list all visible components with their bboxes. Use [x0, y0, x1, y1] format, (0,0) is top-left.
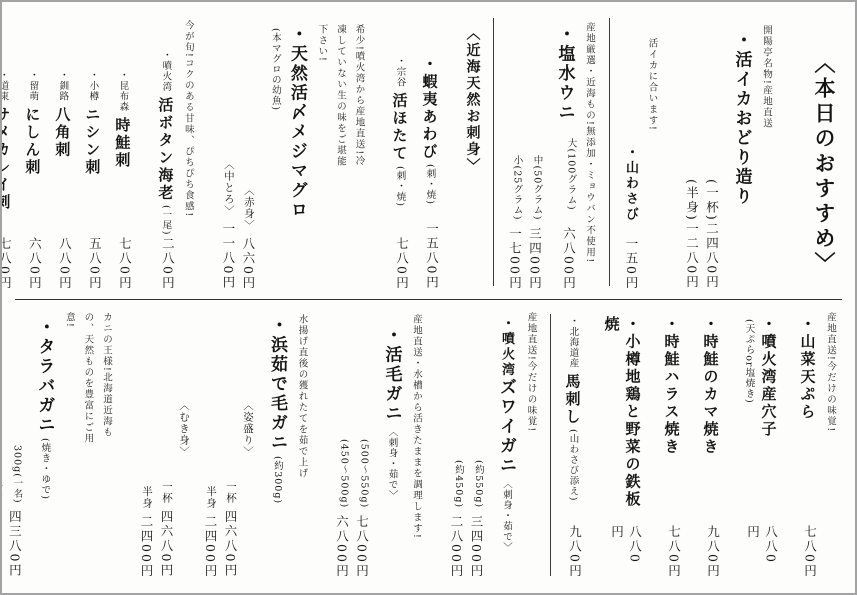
item-text: ・小樽ニシン刺	[82, 70, 103, 177]
item-text: ・宗谷活ほたて(刺・焼)	[389, 56, 410, 206]
cut-label: 〈中とろ〉	[219, 159, 237, 217]
section-header: 〈近海天然お刺身〉	[462, 26, 482, 175]
cut-label: 〈赤身〉	[239, 185, 257, 231]
uni-main-column: ・塩水ウニ 大(100グラム) 六八00円	[552, 12, 577, 294]
sashimi-item-column: ・小樽ニシン刺 五八0円	[82, 12, 103, 294]
taraba-price2-column: 500g(二名) 七二八0円	[0, 308, 3, 584]
item-price: 六八00円	[332, 515, 350, 578]
item-price: (半身)一二八0円	[682, 179, 700, 290]
meji-note: 希少!噴火湾から産地直送!冷凍していない生の味をご堪能下さい!	[312, 12, 368, 167]
wasabi-note: 活イカに合います!	[642, 12, 661, 294]
item-name: ニシン刺	[83, 107, 101, 177]
kama-column: ・時鮭のカマ焼き 九八0円	[700, 308, 721, 584]
item-origin: ・北海道産	[565, 316, 579, 374]
basashi-column: ・北海道産馬刺し(山わさび添え) 九八0円	[562, 308, 583, 584]
size-label: 500g(二名)	[0, 445, 3, 504]
uni-small-column: 小(25グラム) 一七00円	[505, 12, 523, 294]
item-price: 七八0円	[797, 525, 818, 578]
style-label: 〈むき身〉	[177, 400, 192, 458]
item-name: ・小樽地鶏と野菜の鉄板焼	[601, 316, 643, 525]
item-text: ・釧路八角刺	[52, 70, 73, 159]
item-price: 六八00円	[552, 227, 577, 290]
ika-note: 開陽亭名物!産地直送	[756, 12, 775, 294]
unit-label: 一杯	[221, 481, 239, 504]
item-text: ・活毛ガニ〈刺身・茹で〉	[379, 326, 404, 500]
item-price: 九八0円	[562, 525, 583, 578]
item-name: ・蝦夷あわび	[420, 56, 438, 161]
zuwai-name-column: ・噴火湾ズワイガニ〈刺身・茹で〉	[494, 308, 519, 584]
vertical-divider	[493, 18, 494, 286]
item-name: ・時鮭ハラス焼き	[661, 316, 682, 456]
style-label: 〈姿盛り〉	[241, 400, 256, 458]
item-name: 活ほたて	[390, 93, 408, 163]
item-text: ・留萌にしん刺	[22, 70, 43, 177]
size-label: 300g(一名)	[5, 445, 23, 504]
item-price: 二八0円	[155, 237, 176, 290]
zuwai-price1-column: (約550g) 三四00円	[467, 308, 485, 584]
meji-akami-column: 〈赤身〉 八六0円	[239, 12, 257, 294]
item-price: 七八0円	[112, 237, 133, 290]
item-sub: (約300g)	[270, 453, 284, 504]
item-price: 二四00円	[137, 515, 155, 578]
item-text: ・北海道産馬刺し(山わさび添え)	[562, 316, 583, 501]
taraba-name-column: ・タラバガニ(焼き・ゆで)	[32, 308, 57, 584]
size-label: (約450g)	[447, 460, 465, 508]
size-label: 中(50グラム)	[525, 155, 543, 221]
item-price: 一七00円	[505, 227, 523, 290]
size-label: (450〜500g)	[332, 439, 350, 508]
meji-chutoro-column: 〈中とろ〉 一一八0円	[219, 12, 237, 294]
item-sub: 〈刺身・茹で〉	[499, 476, 513, 553]
page-title-column: 〈本日のおすすめ〉	[809, 12, 839, 294]
item-price: 七八0円	[0, 237, 13, 290]
uni-note: 産地厳選・近海もの!無添加・ミョウバン不使用!	[579, 12, 598, 294]
grill-note: 産地直送!今だけの味覚!	[820, 308, 839, 584]
taraba-note: カニの王様!北海道近海もの、天然ものを豊富にご用意!	[59, 308, 115, 458]
item-price: 六八0円	[22, 237, 43, 290]
item-price: 四六八0円	[221, 510, 239, 578]
item-origin: ・噴火湾	[499, 316, 514, 378]
teppan-column: ・小樽地鶏と野菜の鉄板焼 八八0円	[601, 308, 643, 584]
item-origin: ・留萌	[25, 70, 39, 107]
item-sub: (刺・焼)	[392, 163, 406, 207]
item-sub: (焼き・ゆで)	[37, 435, 51, 500]
sugata-price1-column: 一杯 四六八0円	[221, 308, 239, 584]
item-origin: ・釧路	[55, 70, 69, 107]
item-name: ・天然活〆メジマグロ	[287, 25, 307, 220]
kegani-price1-column: (500〜550g) 七八00円	[352, 308, 370, 584]
item-origin: ・道東	[0, 70, 9, 107]
item-name: 八角刺	[53, 107, 71, 160]
meji-name-column: ・天然活〆メジマグロ(本マグロの幼魚)	[266, 12, 310, 294]
item-sub: (刺・焼)	[422, 161, 436, 205]
item-name: ・山菜天ぷら	[797, 316, 818, 421]
sashimi-item-column: ・道東サメカレイ刺 七八0円	[0, 12, 13, 294]
item-text: ・天然活〆メジマグロ(本マグロの幼魚)	[266, 25, 310, 294]
ika-price2-column: (半身)一二八0円	[682, 12, 700, 294]
item-text: ・タラバガニ(焼き・ゆで)	[32, 318, 57, 500]
item-name: ・タラバガニ	[34, 318, 54, 435]
item-sub: (一尾)	[158, 202, 172, 235]
botan-note: 今が旬!コクのある甘味、ぴちぴち食感!	[178, 12, 197, 294]
kegani-note: 産地直送・水槽から活きたままを調理します!	[406, 308, 425, 584]
taraba-price1-column: 300g(一名) 四三八0円	[5, 308, 23, 584]
hamayude-name-column: ・浜茹で毛ガニ(約300g)	[265, 308, 290, 584]
item-sub: (山わさび添え)	[565, 426, 579, 501]
vertical-divider	[550, 314, 551, 576]
horizontal-divider	[15, 299, 842, 300]
item-name: 時鮭刺	[113, 117, 131, 170]
ika-name-column: ・活イカおどり造り	[729, 12, 754, 294]
mukimi-price2-column: 半身 二四00円	[137, 308, 155, 584]
crab-note: 産地直送!今だけの味覚!	[521, 308, 540, 584]
item-text: ・噴火湾ズワイガニ〈刺身・茹で〉	[494, 316, 519, 552]
size-label: 小(25グラム)	[505, 155, 523, 221]
item-text: ・噴火湾産穴子(天ぷらor塩焼き)	[739, 316, 779, 525]
wasabi-column: ・山わさび 一五0円	[621, 12, 640, 294]
item-price: 八八0円	[52, 237, 73, 290]
item-price: 二四00円	[201, 515, 219, 578]
sashimi-item-column: ・釧路八角刺 八八0円	[52, 12, 73, 294]
mukimi-label-column: 〈むき身〉	[177, 308, 192, 584]
item-name: ・活毛ガニ	[381, 326, 401, 424]
item-price: 一五八0円	[419, 222, 440, 290]
sashimi-header-column: 〈近海天然お刺身〉	[462, 12, 482, 294]
item-price: 七八0円	[389, 237, 410, 290]
item-name: にしん刺	[23, 107, 41, 177]
sashimi-item-column: ・留萌にしん刺 六八0円	[22, 12, 43, 294]
botan-column: ・噴火湾活ボタン海老(一尾) 二八0円	[155, 12, 176, 294]
item-name: ・噴火湾産穴子	[759, 316, 777, 439]
sashimi-item-column: ・昆布森時鮭刺 七八0円	[112, 12, 133, 294]
item-origin: ・昆布森	[115, 70, 129, 117]
item-price: 四三八0円	[5, 510, 23, 578]
zuwai-price2-column: (約450g) 二八00円	[447, 308, 465, 584]
item-price: 八八0円	[739, 525, 779, 578]
menu-page: 〈本日のおすすめ〉 開陽亭名物!産地直送 ・活イカおどり造り (一杯)二四八0円…	[0, 0, 857, 595]
item-name: ・浜茹で毛ガニ	[267, 316, 287, 453]
item-price: 二八00円	[447, 515, 465, 578]
vertical-divider	[609, 18, 610, 286]
item-price: 七二八0円	[0, 510, 3, 578]
item-price: 九八0円	[700, 525, 721, 578]
item-origin: ・小樽	[85, 70, 99, 107]
menu-bottom-half: 産地直送!今だけの味覚! ・山菜天ぷら 七八0円 ・噴火湾産穴子(天ぷらor塩焼…	[16, 308, 839, 584]
item-text: ・蝦夷あわび(刺・焼)	[419, 56, 440, 205]
mukimi-price1-column: 一杯 四六八0円	[157, 308, 175, 584]
item-price: 七八0円	[661, 525, 682, 578]
item-text: ・昆布森時鮭刺	[112, 70, 133, 170]
uni-mid-column: 中(50グラム) 三四00円	[525, 12, 543, 294]
item-origin: ・噴火湾	[158, 50, 172, 97]
item-sub: 〈刺身・茹で〉	[384, 424, 398, 501]
item-price: 三四00円	[525, 227, 543, 290]
item-name: ズワイガニ	[496, 378, 516, 476]
hotate-column: ・宗谷活ほたて(刺・焼) 七八0円	[389, 12, 410, 294]
harasu-column: ・時鮭ハラス焼き 七八0円	[661, 308, 682, 584]
item-origin: ・宗谷	[392, 56, 406, 93]
item-price: 八八0円	[601, 525, 643, 578]
size-label: (約550g)	[467, 460, 485, 508]
item-name: ・活イカおどり造り	[729, 31, 754, 207]
sugata-label-column: 〈姿盛り〉	[241, 308, 256, 584]
hamayude-note: 水揚げ直後の獲れたてを茹で上げ	[292, 308, 311, 584]
sugata-price2-column: 半身 二四00円	[201, 308, 219, 584]
item-price: 八六0円	[239, 237, 257, 290]
item-price: 五八0円	[82, 237, 103, 290]
item-price: (一杯)二四八0円	[702, 179, 720, 290]
size-label: (500〜550g)	[352, 439, 370, 508]
item-price: 三四00円	[467, 515, 485, 578]
kegani-name-column: ・活毛ガニ〈刺身・茹で〉	[379, 308, 404, 584]
item-text: ・道東サメカレイ刺	[0, 70, 13, 212]
unit-label: 一杯	[157, 481, 175, 504]
unit-label: 半身	[201, 486, 219, 509]
anago-column: ・噴火湾産穴子(天ぷらor塩焼き) 八八0円	[739, 308, 779, 584]
item-name: サメカレイ刺	[0, 107, 11, 212]
ika-price1-column: (一杯)二四八0円	[702, 12, 720, 294]
item-price: 七八00円	[352, 515, 370, 578]
item-sub: (天ぷらor塩焼き)	[741, 316, 755, 404]
item-name: 活ボタン海老	[156, 97, 174, 202]
page-title: 〈本日のおすすめ〉	[809, 52, 839, 277]
awabi-column: ・蝦夷あわび(刺・焼) 一五八0円	[419, 12, 440, 294]
item-text: ・噴火湾活ボタン海老(一尾)	[155, 50, 176, 235]
item-text: ・浜茹で毛ガニ(約300g)	[265, 316, 290, 504]
item-name: ・時鮭のカマ焼き	[700, 316, 721, 456]
item-sub: (本マグロの幼魚)	[268, 25, 282, 111]
size-label: 大(100グラム)	[552, 138, 577, 211]
kegani-price2-column: (450〜500g) 六八00円	[332, 308, 350, 584]
unit-label: 半身	[137, 486, 155, 509]
item-price: 一一八0円	[219, 222, 237, 290]
item-name: ・塩水ウニ	[552, 25, 577, 123]
item-name: 馬刺し	[563, 374, 581, 427]
menu-top-half: 〈本日のおすすめ〉 開陽亭名物!産地直送 ・活イカおどり造り (一杯)二四八0円…	[16, 12, 839, 294]
item-name: ・山わさび	[621, 145, 640, 223]
sansai-column: ・山菜天ぷら 七八0円	[797, 308, 818, 584]
item-price: 四六八0円	[157, 510, 175, 578]
item-price: 一五0円	[621, 237, 640, 290]
